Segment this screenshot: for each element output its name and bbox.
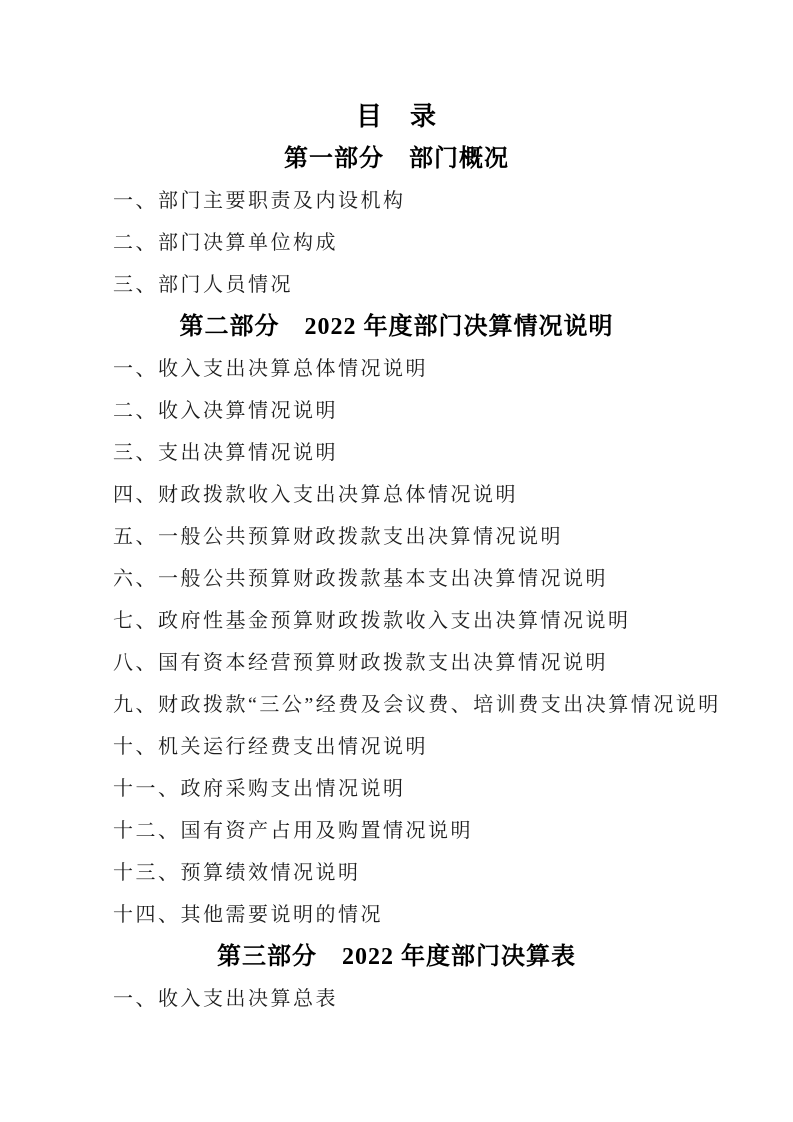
toc-entry: 二、部门决算单位构成 [113, 222, 693, 264]
toc-entry: 一、部门主要职责及内设机构 [113, 180, 693, 222]
toc-entry: 十一、政府采购支出情况说明 [113, 768, 693, 810]
section-heading-part-2: 第二部分 2022 年度部门决算情况说明 [100, 306, 693, 348]
toc-entry: 十三、预算绩效情况说明 [113, 852, 693, 894]
toc-entry: 八、国有资本经营预算财政拨款支出决算情况说明 [113, 642, 693, 684]
toc-entry: 十二、国有资产占用及购置情况说明 [113, 810, 693, 852]
toc-entry: 十四、其他需要说明的情况 [113, 894, 693, 936]
toc-entry: 三、部门人员情况 [113, 264, 693, 306]
toc-entry: 九、财政拨款“三公”经费及会议费、培训费支出决算情况说明 [113, 684, 693, 726]
page-title: 目 录 [100, 96, 693, 138]
toc-entry: 四、财政拨款收入支出决算总体情况说明 [113, 474, 693, 516]
section-heading-part-3: 第三部分 2022 年度部门决算表 [100, 936, 693, 978]
toc-entry: 一、收入支出决算总表 [113, 978, 693, 1020]
toc-entry: 十、机关运行经费支出情况说明 [113, 726, 693, 768]
toc-entry: 二、收入决算情况说明 [113, 390, 693, 432]
toc-entry: 五、一般公共预算财政拨款支出决算情况说明 [113, 516, 693, 558]
document-page: 目 录 第一部分 部门概况 一、部门主要职责及内设机构 二、部门决算单位构成 三… [0, 0, 793, 1122]
toc-entry: 一、收入支出决算总体情况说明 [113, 348, 693, 390]
toc-entry: 三、支出决算情况说明 [113, 432, 693, 474]
section-heading-part-1: 第一部分 部门概况 [100, 138, 693, 180]
toc-entry: 六、一般公共预算财政拨款基本支出决算情况说明 [113, 558, 693, 600]
toc-entry: 七、政府性基金预算财政拨款收入支出决算情况说明 [113, 600, 693, 642]
